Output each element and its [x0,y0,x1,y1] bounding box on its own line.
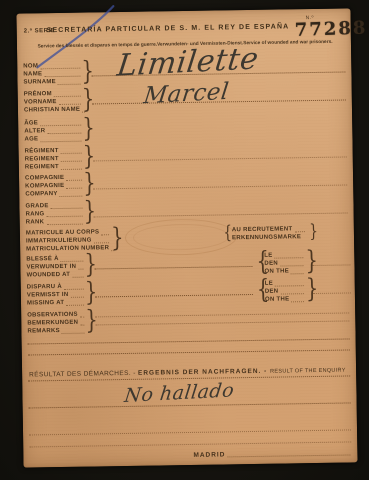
label-observations-de: BEMERKUNGEN [27,320,78,328]
write-line-company [93,184,347,189]
field-row: AGE [24,135,82,144]
label-regiment-de: REGIMENT [25,156,59,164]
brace [82,115,95,141]
field-row: SURNAME [23,78,81,87]
write-line-missing [95,294,253,297]
field-row: REGIMENT [25,163,83,172]
label-regiment-fr: RÉGIMENT [25,148,59,156]
label-missing-fr: DISPARU À [27,284,62,292]
footer-place: MADRID [193,451,225,459]
leader-dots [61,169,82,170]
field-row: ERKENNUNGSMARKE [232,233,306,242]
write-line-wounded-date [312,264,350,266]
field-group-age: ÂGE ALTER AGE [24,119,82,144]
label-age-en: AGE [24,136,38,143]
label-surname-fr: NOM [23,63,38,70]
label-company-en: COMPANY [25,191,57,199]
write-line-observations-3 [28,338,350,344]
field-row: CHRISTIAN NAME [24,106,82,115]
brace [85,279,98,305]
leader-dots [227,446,350,457]
label-surname-de: NAME [23,71,42,78]
field-group-firstname: PRÉNOM VORNAME CHRISTIAN NAME [24,90,82,115]
brace [223,224,232,242]
label-company-de: KOMPAGNIE [25,183,64,191]
label-age-de: ALTER [24,128,45,135]
field-row: REMARKS [27,327,85,336]
write-line-regiment [93,156,347,161]
field-group-regiment: RÉGIMENT REGIMENT REGIMENT [25,147,83,172]
write-line-missing-date [313,292,351,294]
field-row: BEMERKUNGEN [27,319,85,328]
brace [306,276,319,302]
leader-dots [58,84,81,85]
label-rank-de: RANG [26,211,45,218]
label-missing-de: VERMISST IN [27,292,69,300]
leader-dots [71,297,84,298]
leader-dots [62,333,85,334]
leader-dots [80,317,84,318]
leader-dots [291,273,304,274]
brace [85,307,98,333]
label-company-fr: COMPAGNIE [25,175,64,183]
field-row: OBSERVATIONS [27,311,85,320]
leader-dots [294,231,304,232]
label-firstname-de: VORNAME [24,99,57,107]
write-line-rank [94,212,348,217]
leader-dots [291,301,304,302]
brace [83,143,96,169]
leader-dots [60,196,83,197]
field-row: ON THE [265,295,305,304]
footer-row: MADRID [193,446,351,458]
leader-dots [72,277,83,278]
leader-dots [101,234,109,235]
handwritten-surname: Limilette [115,41,260,83]
leader-dots [80,325,84,326]
result-heading-fr: RÉSULTAT DES DÉMARCHES. - [29,370,138,379]
field-group-surname: NOM NAME SURNAME [23,62,81,87]
write-line-observations-1 [95,312,349,317]
label-regiment-en: REGIMENT [25,164,59,172]
leader-dots [40,141,81,143]
result-line-3 [29,429,351,435]
label-age-fr: ÂGE [24,120,38,127]
brace [309,223,318,241]
result-heading-en: RESULT OF THE ENQUIRY [270,368,346,375]
field-row: ON THE [264,267,304,276]
brace [305,248,318,274]
result-heading-de: ERGEBNIS DER NACHFRAGEN. - [138,368,270,377]
brace [83,170,96,196]
card-number-stamp: 77288 [294,18,367,41]
brace [84,251,97,277]
leader-dots [66,305,84,306]
field-group-matriculation: MATRICULE AU CORPS IMMATRIKULIERUNG MATR… [26,228,110,253]
field-row: COMPANY [25,190,83,199]
label-wounded-date-fr: LE [264,253,272,260]
label-matriculation-fr: MATRICULE AU CORPS [26,229,100,237]
leader-dots [46,224,82,226]
write-line-observations-2 [95,320,349,325]
brace [82,86,95,112]
label-matriculation-en: MATRICULATION NUMBER [26,245,109,253]
field-row: MISSING AT [27,299,85,308]
label-missing-date-de: DEN [265,289,279,296]
label-wounded-en: WOUNDED AT [27,272,71,280]
field-row: MATRICULATION NUMBER [26,244,110,253]
photo-backdrop: 2.ª SERIE SECRETARÍA PARTICULAR DE S. M.… [0,0,369,480]
field-row: WOUNDED AT [27,271,85,280]
leader-dots [78,269,83,270]
date-group-missing: LE DEN ON THE [265,279,305,304]
write-line-observations-4 [28,349,350,355]
label-observations-en: REMARKS [27,328,60,336]
label-missing-date-en: ON THE [265,296,290,303]
label-surname-en: SURNAME [23,79,56,87]
label-wounded-date-de: DEN [264,261,278,268]
label-missing-en: MISSING AT [27,300,64,308]
write-line-wounded [94,266,252,269]
field-group-observations: OBSERVATIONS BEMERKUNGEN REMARKS [27,311,85,336]
field-group-rank: GRADE RANG RANK [25,202,83,227]
brace [83,198,96,224]
inquiry-card: 2.ª SERIE SECRETARÍA PARTICULAR DE S. M.… [16,8,357,467]
label-wounded-fr: BLESSÉ À [26,256,59,264]
label-recruitment-de: ERKENNUNGSMARKE [232,234,301,242]
field-row: MATRICULE AU CORPS [26,228,110,237]
handwritten-firstname: Marcel [142,79,230,110]
label-rank-en: RANK [26,219,45,226]
label-rank-fr: GRADE [25,203,48,210]
label-observations-fr: OBSERVATIONS [27,312,78,320]
brace [81,58,94,84]
field-row: RANK [26,218,84,227]
field-group-wounded: BLESSÉ À VERWUNDET IN WOUNDED AT [26,255,84,280]
label-matriculation-de: IMMATRIKULIERUNG [26,237,92,245]
field-group-missing: DISPARU À VERMISST IN MISSING AT [27,283,85,308]
date-group-wounded: LE DEN ON THE [264,251,304,276]
label-firstname-fr: PRÉNOM [24,91,52,98]
label-firstname-en: CHRISTIAN NAME [24,107,80,115]
field-group-company: COMPAGNIE KOMPAGNIE COMPANY [25,174,83,199]
field-row: VERWUNDET IN [26,263,84,272]
handwritten-result: No hallado [123,379,235,407]
label-recruitment-fr: AU RECRUTEMENT [232,226,293,234]
label-wounded-de: VERWUNDET IN [26,264,76,272]
field-group-recruitment: AU RECRUTEMENT ERKENNUNGSMARKE [232,225,306,242]
label-missing-date-fr: LE [265,281,273,288]
brace [111,225,124,251]
